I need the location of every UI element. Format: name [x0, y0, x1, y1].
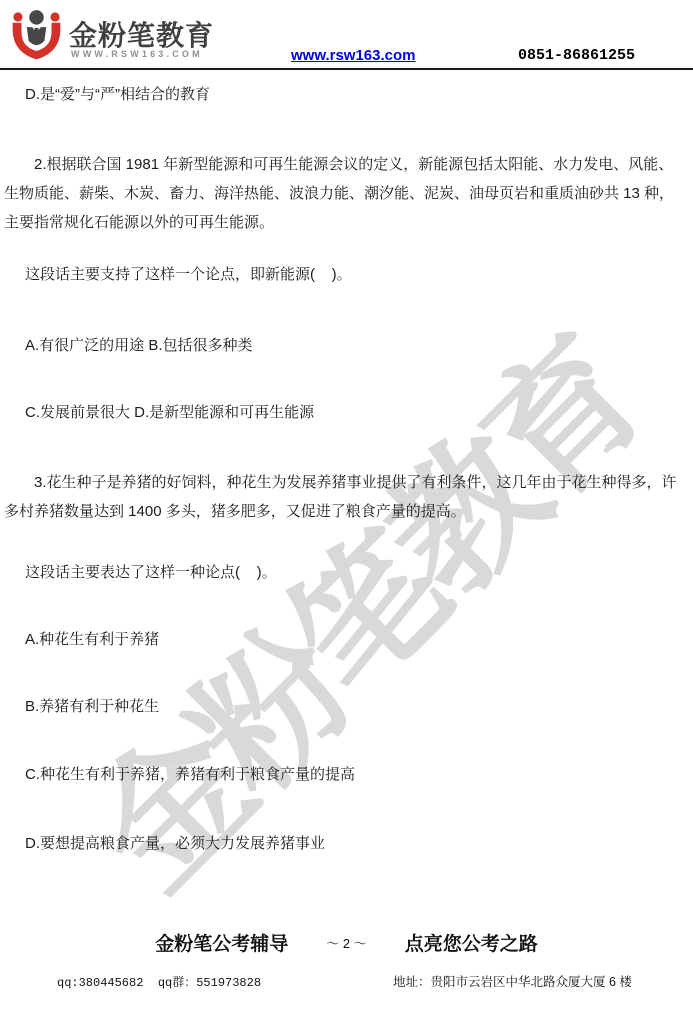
brand-logo-icon — [10, 7, 63, 64]
footer-course-title: 金粉笔公考辅导 — [155, 929, 288, 956]
phone-number: 0851-86861255 — [518, 47, 635, 64]
header-divider — [0, 68, 693, 70]
content-layer: 金粉笔教育 WWW.RSW163.COM www.rsw163.com 0851… — [0, 0, 693, 1009]
document-page: 金粉笔教育 金粉笔教育 WWW.RSW163.COM www.rsw163.co… — [0, 0, 693, 1009]
brand-name: 金粉笔教育 — [69, 14, 214, 54]
page-number: ～ 2 ～ — [326, 933, 366, 952]
question2-options-ab: A.有很广泛的用途 B.包括很多种类 — [25, 337, 253, 355]
question3-option-a: A.种花生有利于养猪 — [25, 631, 159, 649]
question2-stem: 这段话主要支持了这样一个论点，即新能源( )。 — [25, 266, 352, 284]
question2-options-cd: C.发展前景很大 D.是新型能源和可再生能源 — [25, 404, 314, 422]
question1-option-d: D.是“爱”与“严”相结合的教育 — [25, 86, 210, 104]
footer-slogan: 点亮您公考之路 — [405, 929, 538, 956]
footer-qq-contacts: qq:380445682 qq群：551973828 — [57, 973, 261, 990]
website-link[interactable]: www.rsw163.com — [291, 47, 416, 64]
question2-text: 2.根据联合国 1981 年新型能源和可再生能源会议的定义，新能源包括太阳能、水… — [4, 150, 688, 237]
question3-option-c: C.种花生有利于养猪，养猪有利于粮食产量的提高 — [25, 766, 355, 784]
question3-option-b: B.养猪有利于种花生 — [25, 698, 159, 716]
question3-stem: 这段话主要表达了这样一种论点( )。 — [25, 564, 277, 582]
footer-address: 地址：贵阳市云岩区中华北路众厦大厦 6 楼 — [393, 972, 632, 990]
question3-text: 3.花生种子是养猪的好饲料，种花生为发展养猪事业提供了有利条件，这几年由于花生种… — [4, 468, 688, 526]
footer-line: 金粉笔公考辅导 ～ 2 ～ 点亮您公考之路 — [0, 929, 693, 956]
brand-site-url: WWW.RSW163.COM — [71, 49, 203, 59]
question3-option-d: D.要想提高粮食产量，必须大力发展养猪事业 — [25, 835, 325, 853]
